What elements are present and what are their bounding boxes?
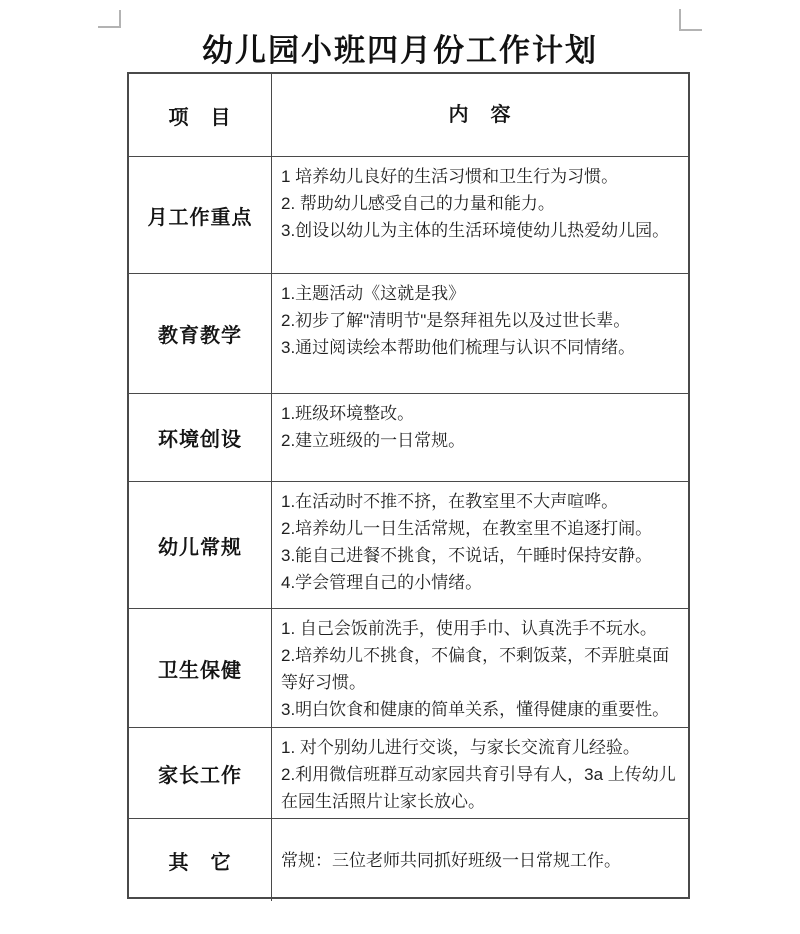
content-line: 2.利用微信班群互动家园共育引导有人，3a 上传幼儿在园生活照片让家长放心。 [281, 761, 676, 815]
content-line: 1.主题活动《这就是我》 [281, 280, 676, 307]
row-label: 幼儿常规 [129, 482, 272, 608]
table-body: 月工作重点 1 培养幼儿良好的生活习惯和卫生行为习惯。2. 帮助幼儿感受自己的力… [129, 157, 688, 901]
content-line: 2.培养幼儿一日生活常规，在教室里不追逐打闹。 [281, 515, 676, 542]
row-content: 1.主题活动《这就是我》2.初步了解"清明节"是祭拜祖先以及过世长辈。3.通过阅… [272, 274, 688, 393]
row-label: 环境创设 [129, 394, 272, 481]
content-line: 2.建立班级的一日常规。 [281, 427, 676, 454]
table-row: 家长工作 1. 对个别幼儿进行交谈，与家长交流育儿经验。2.利用微信班群互动家园… [129, 728, 688, 819]
table-row: 环境创设 1.班级环境整改。2.建立班级的一日常规。 [129, 394, 688, 482]
content-line: 3.明白饮食和健康的简单关系，懂得健康的重要性。 [281, 696, 676, 723]
table-row: 教育教学 1.主题活动《这就是我》2.初步了解"清明节"是祭拜祖先以及过世长辈。… [129, 274, 688, 394]
content-line: 3.能自己进餐不挑食，不说话，午睡时保持安静。 [281, 542, 676, 569]
content-line: 3.创设以幼儿为主体的生活环境使幼儿热爱幼儿园。 [281, 217, 676, 244]
table-row: 月工作重点 1 培养幼儿良好的生活习惯和卫生行为习惯。2. 帮助幼儿感受自己的力… [129, 157, 688, 274]
row-label: 卫生保健 [129, 609, 272, 727]
content-line: 2. 帮助幼儿感受自己的力量和能力。 [281, 190, 676, 217]
header-item-label: 项 目 [129, 74, 272, 156]
header-content-label: 内 容 [272, 74, 688, 156]
content-line: 4.学会管理自己的小情绪。 [281, 569, 676, 596]
content-line: 2.培养幼儿不挑食，不偏食，不剩饭菜，不弄脏桌面等好习惯。 [281, 642, 676, 696]
content-line: 1 培养幼儿良好的生活习惯和卫生行为习惯。 [281, 163, 676, 190]
row-content: 1 培养幼儿良好的生活习惯和卫生行为习惯。2. 帮助幼儿感受自己的力量和能力。3… [272, 157, 688, 273]
row-content: 1.在活动时不推不挤，在教室里不大声喧哗。2.培养幼儿一日生活常规，在教室里不追… [272, 482, 688, 608]
content-line: 1.在活动时不推不挤，在教室里不大声喧哗。 [281, 488, 676, 515]
document-page: 幼儿园小班四月份工作计划 项 目 内 容 月工作重点 1 培养幼儿良好的生活习惯… [0, 0, 800, 934]
content-line: 3.通过阅读绘本帮助他们梳理与认识不同情绪。 [281, 334, 676, 361]
work-plan-table: 项 目 内 容 月工作重点 1 培养幼儿良好的生活习惯和卫生行为习惯。2. 帮助… [127, 72, 690, 899]
table-row: 幼儿常规 1.在活动时不推不挤，在教室里不大声喧哗。2.培养幼儿一日生活常规，在… [129, 482, 688, 609]
row-content: 1.班级环境整改。2.建立班级的一日常规。 [272, 394, 688, 481]
row-content: 常规：三位老师共同抓好班级一日常规工作。 [272, 819, 688, 901]
row-content: 1. 对个别幼儿进行交谈，与家长交流育儿经验。2.利用微信班群互动家园共育引导有… [272, 728, 688, 818]
row-label: 家长工作 [129, 728, 272, 818]
table-row: 卫生保健 1. 自己会饭前洗手，使用手巾、认真洗手不玩水。2.培养幼儿不挑食，不… [129, 609, 688, 728]
table-row: 其 它 常规：三位老师共同抓好班级一日常规工作。 [129, 819, 688, 901]
content-line: 1. 对个别幼儿进行交谈，与家长交流育儿经验。 [281, 734, 676, 761]
row-label: 教育教学 [129, 274, 272, 393]
content-line: 常规：三位老师共同抓好班级一日常规工作。 [281, 847, 676, 874]
table-header-row: 项 目 内 容 [129, 74, 688, 157]
row-label: 月工作重点 [129, 157, 272, 273]
row-label: 其 它 [129, 819, 272, 901]
page-title: 幼儿园小班四月份工作计划 [0, 25, 800, 70]
content-line: 2.初步了解"清明节"是祭拜祖先以及过世长辈。 [281, 307, 676, 334]
content-line: 1.班级环境整改。 [281, 400, 676, 427]
content-line: 1. 自己会饭前洗手，使用手巾、认真洗手不玩水。 [281, 615, 676, 642]
row-content: 1. 自己会饭前洗手，使用手巾、认真洗手不玩水。2.培养幼儿不挑食，不偏食，不剩… [272, 609, 688, 727]
